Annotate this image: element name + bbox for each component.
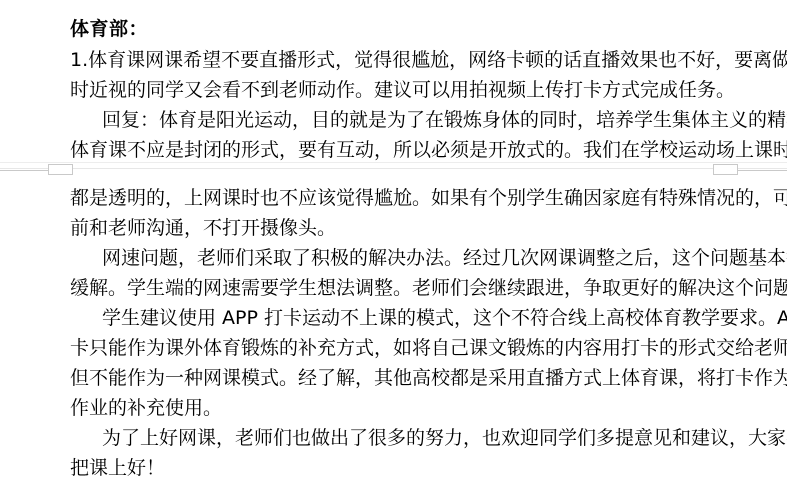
text-line: 卡只能作为课外体育锻炼的补充方式，如将自己课文锻炼的内容用打卡的形式交给老师检查… — [70, 333, 730, 355]
page-margin-mark-right-rect — [713, 164, 738, 175]
document-page: 体育部： 1.体育课网课希望不要直播形式，觉得很尴尬，网络卡顿的话直播效果也不好… — [0, 0, 787, 486]
page-edge-hairline-top — [0, 162, 787, 163]
page-margin-line-right — [738, 170, 787, 171]
document-heading: 体育部： — [70, 14, 148, 41]
text-line: 作业的补充使用。 — [70, 393, 730, 415]
text-line: 体育课不应是封闭的形式，要有互动，所以必须是开放式的。我们在学校运动场上课时大家 — [70, 135, 730, 157]
text-line: 把课上好！ — [70, 453, 730, 475]
text-line: 网速问题，老师们采取了积极的解决办法。经过几次网课调整之后，这个问题基本得到 — [102, 243, 762, 265]
text-line: 但不能作为一种网课模式。经了解，其他高校都是采用直播方式上体育课，将打卡作为课外 — [70, 363, 730, 385]
text-line: 学生建议使用 APP 打卡运动不上课的模式，这个不符合线上高校体育教学要求。AP… — [102, 303, 762, 325]
text-line: 为了上好网课，老师们也做出了很多的努力，也欢迎同学们多提意见和建议，大家共同 — [102, 423, 762, 445]
text-line: 1.体育课网课希望不要直播形式，觉得很尴尬，网络卡顿的话直播效果也不好，要离做动… — [70, 45, 730, 67]
text-line: 都是透明的，上网课时也不应该觉得尴尬。如果有个别学生确因家庭有特殊情况的，可以提 — [70, 183, 730, 205]
text-line: 前和老师沟通，不打开摄像头。 — [70, 213, 730, 235]
text-line: 时近视的同学又会看不到老师动作。建议可以用拍视频上传打卡方式完成任务。 — [70, 75, 730, 97]
page-edge-hairline-bottom — [0, 168, 787, 169]
text-line: 缓解。学生端的网速需要学生想法调整。老师们会继续跟进，争取更好的解决这个问题。 — [70, 273, 730, 295]
page-margin-line-left — [0, 170, 49, 171]
text-line: 回复：体育是阳光运动，目的就是为了在锻炼身体的同时，培养学生集体主义的精神。 — [102, 105, 762, 127]
page-margin-mark-left-rect — [48, 164, 73, 175]
